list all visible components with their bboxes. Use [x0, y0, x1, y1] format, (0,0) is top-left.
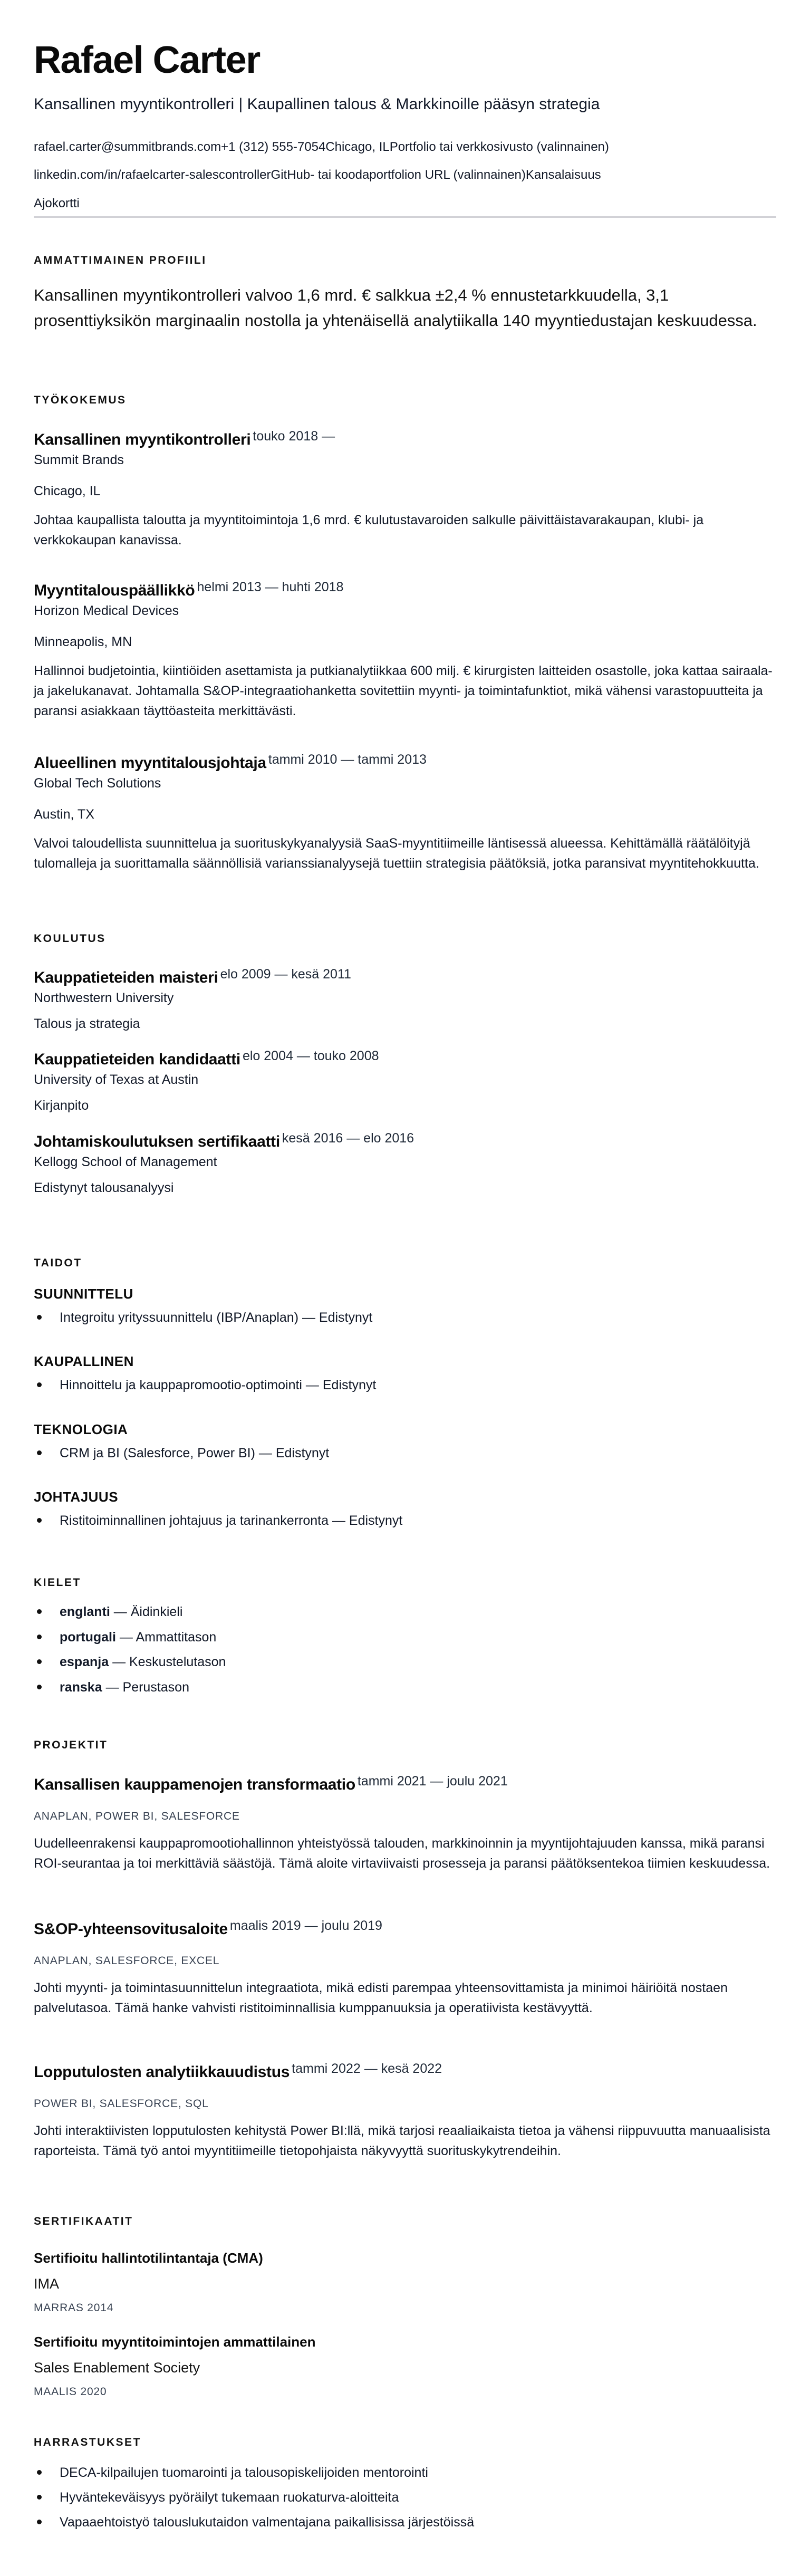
- project-tech-stack: ANAPLAN, SALESFORCE, EXCEL: [34, 1955, 776, 1967]
- degree-name: Johtamiskoulutuksen sertifikaatti: [34, 1133, 280, 1150]
- cert-name: Sertifioitu hallintotilintantaja (CMA): [34, 2250, 776, 2266]
- project-dates: tammi 2022 — kesä 2022: [292, 2061, 442, 2076]
- section-title-education: KOULUTUS: [34, 933, 106, 945]
- contact-citizenship: Kansalaisuus: [526, 168, 601, 182]
- job-location: Austin, TX: [34, 806, 776, 823]
- degree-name: Kauppatieteiden maisteri: [34, 969, 218, 986]
- job-title: Alueellinen myyntitalousjohtaja: [34, 754, 266, 772]
- bullet-icon: [37, 2495, 42, 2500]
- job-title: Myyntitalouspäällikkö: [34, 582, 195, 599]
- education-entry: Kauppatieteiden kandidaattielo 2004 — to…: [34, 1048, 776, 1114]
- bullet-icon: [37, 1450, 42, 1455]
- contact-drivers-license: Ajokortti: [34, 196, 80, 210]
- language-item: espanja — Keskustelutason: [34, 1655, 226, 1670]
- skill-item: CRM ja BI (Salesforce, Power BI) — Edist…: [34, 1446, 329, 1461]
- project-entry: Kansallisen kauppamenojen transformaatio…: [34, 1773, 776, 1873]
- field-of-study: Talous ja strategia: [34, 1015, 776, 1033]
- job-description: Valvoi taloudellista suunnittelua ja suo…: [34, 833, 776, 873]
- skill-item: Ristitoiminnallinen johtajuus ja tarinan…: [34, 1513, 402, 1529]
- job-description: Johtaa kaupallista taloutta ja myyntitoi…: [34, 510, 776, 550]
- bullet-icon: [37, 1382, 42, 1387]
- interest-item: Vapaaehtoistyö talouslukutaidon valmenta…: [34, 2515, 474, 2530]
- project-dates: tammi 2021 — joulu 2021: [358, 1774, 508, 1789]
- contact-location: Chicago, IL: [325, 140, 389, 154]
- section-title-experience: TYÖKOKEMUS: [34, 394, 127, 407]
- header-divider: [34, 216, 776, 218]
- certification-entry: Sertifioitu hallintotilintantaja (CMA) I…: [34, 2250, 776, 2314]
- job-location: Minneapolis, MN: [34, 633, 776, 651]
- project-description: Uudelleenrakensi kauppapromootiohallinno…: [34, 1833, 776, 1873]
- section-title-projects: PROJEKTIT: [34, 1739, 108, 1752]
- skill-item: Hinnoittelu ja kauppapromootio-optimoint…: [34, 1378, 376, 1393]
- school-name: Northwestern University: [34, 989, 776, 1007]
- bullet-icon: [37, 1659, 42, 1664]
- job-company: Summit Brands: [34, 451, 776, 469]
- project-entry: S&OP-yhteensovitusaloitemaalis 2019 — jo…: [34, 1918, 776, 2018]
- job-dates: helmi 2013 — huhti 2018: [197, 580, 343, 594]
- cert-issuer: Sales Enablement Society: [34, 2360, 776, 2376]
- school-name: University of Texas at Austin: [34, 1071, 776, 1089]
- language-item: portugali — Ammattitason: [34, 1630, 216, 1645]
- education-entry: Kauppatieteiden maisterielo 2009 — kesä …: [34, 966, 776, 1032]
- project-name: S&OP-yhteensovitusaloite: [34, 1920, 228, 1938]
- bullet-icon: [37, 1635, 42, 1639]
- contact-linkedin[interactable]: linkedin.com/in/rafaelcarter-salescontro…: [34, 168, 271, 182]
- contact-phone[interactable]: +1 (312) 555-7054: [221, 140, 325, 154]
- certification-entry: Sertifioitu myyntitoimintojen ammattilai…: [34, 2334, 776, 2398]
- project-entry: Lopputulosten analytiikkauudistustammi 2…: [34, 2061, 776, 2161]
- profile-summary: Kansallinen myyntikontrolleri valvoo 1,6…: [34, 283, 772, 333]
- interest-item: Hyväntekeväisyys pyöräilyt tukemaan ruok…: [34, 2490, 399, 2505]
- section-title-languages: KIELET: [34, 1577, 81, 1589]
- degree-dates: kesä 2016 — elo 2016: [282, 1131, 414, 1146]
- project-name: Kansallisen kauppamenojen transformaatio: [34, 1776, 355, 1793]
- field-of-study: Edistynyt talousanalyysi: [34, 1179, 776, 1197]
- section-title-profile: AMMATTIMAINEN PROFIILI: [34, 254, 207, 267]
- project-name: Lopputulosten analytiikkauudistus: [34, 2063, 290, 2081]
- section-title-certifications: SERTIFIKAATIT: [34, 2215, 133, 2228]
- project-description: Johti interaktiivisten lopputulosten keh…: [34, 2121, 776, 2161]
- school-name: Kellogg School of Management: [34, 1154, 776, 1171]
- bullet-icon: [37, 1685, 42, 1689]
- project-tech-stack: POWER BI, SALESFORCE, SQL: [34, 2098, 776, 2110]
- bullet-icon: [37, 2470, 42, 2475]
- job-company: Global Tech Solutions: [34, 775, 776, 792]
- degree-name: Kauppatieteiden kandidaatti: [34, 1051, 240, 1068]
- degree-dates: elo 2009 — kesä 2011: [220, 967, 351, 982]
- job-title: Kansallinen myyntikontrolleri: [34, 431, 250, 448]
- bullet-icon: [37, 2520, 42, 2524]
- language-item: ranska — Perustason: [34, 1680, 189, 1695]
- experience-entry: Kansallinen myyntikontrolleritouko 2018 …: [34, 428, 776, 550]
- field-of-study: Kirjanpito: [34, 1097, 776, 1114]
- skill-category: KAUPALLINEN: [34, 1353, 134, 1370]
- job-company: Horizon Medical Devices: [34, 602, 776, 620]
- cert-date: MARRAS 2014: [34, 2302, 776, 2314]
- interest-item: DECA-kilpailujen tuomarointi ja talousop…: [34, 2465, 428, 2481]
- skill-item: Integroitu yrityssuunnittelu (IBP/Anapla…: [34, 1310, 372, 1325]
- skill-category: TEKNOLOGIA: [34, 1421, 128, 1438]
- project-dates: maalis 2019 — joulu 2019: [230, 1918, 382, 1933]
- education-entry: Johtamiskoulutuksen sertifikaattikesä 20…: [34, 1130, 776, 1196]
- contact-line-1: rafael.carter@summitbrands.com+1 (312) 5…: [34, 140, 609, 155]
- section-title-interests: HARRASTUKSET: [34, 2436, 141, 2449]
- contact-line-2: linkedin.com/in/rafaelcarter-salescontro…: [34, 168, 601, 183]
- contact-line-3: Ajokortti: [34, 196, 80, 212]
- project-tech-stack: ANAPLAN, POWER BI, SALESFORCE: [34, 1810, 776, 1823]
- cert-name: Sertifioitu myyntitoimintojen ammattilai…: [34, 2334, 776, 2350]
- experience-entry: Myyntitalouspäällikköhelmi 2013 — huhti …: [34, 579, 776, 721]
- contact-portfolio[interactable]: Portfolio tai verkkosivusto (valinnainen…: [390, 140, 609, 154]
- skill-category: JOHTAJUUS: [34, 1489, 118, 1505]
- skill-category: SUUNNITTELU: [34, 1286, 133, 1302]
- experience-entry: Alueellinen myyntitalousjohtajatammi 201…: [34, 752, 776, 873]
- cert-date: MAALIS 2020: [34, 2386, 776, 2398]
- candidate-headline: Kansallinen myyntikontrolleri | Kaupalli…: [34, 95, 600, 114]
- degree-dates: elo 2004 — touko 2008: [243, 1049, 379, 1063]
- job-dates: tammi 2010 — tammi 2013: [268, 752, 427, 767]
- bullet-icon: [37, 1518, 42, 1523]
- job-location: Chicago, IL: [34, 483, 776, 500]
- cert-issuer: IMA: [34, 2276, 776, 2292]
- section-title-skills: TAIDOT: [34, 1257, 82, 1270]
- bullet-icon: [37, 1315, 42, 1320]
- contact-email[interactable]: rafael.carter@summitbrands.com: [34, 140, 221, 154]
- project-description: Johti myynti- ja toimintasuunnittelun in…: [34, 1978, 776, 2018]
- candidate-name: Rafael Carter: [34, 41, 260, 79]
- job-description: Hallinnoi budjetointia, kiintiöiden aset…: [34, 661, 776, 721]
- job-dates: touko 2018 —: [253, 429, 335, 444]
- bullet-icon: [37, 1609, 42, 1614]
- contact-github[interactable]: GitHub- tai koodaportfolion URL (valinna…: [271, 168, 526, 182]
- language-item: englanti — Äidinkieli: [34, 1604, 182, 1620]
